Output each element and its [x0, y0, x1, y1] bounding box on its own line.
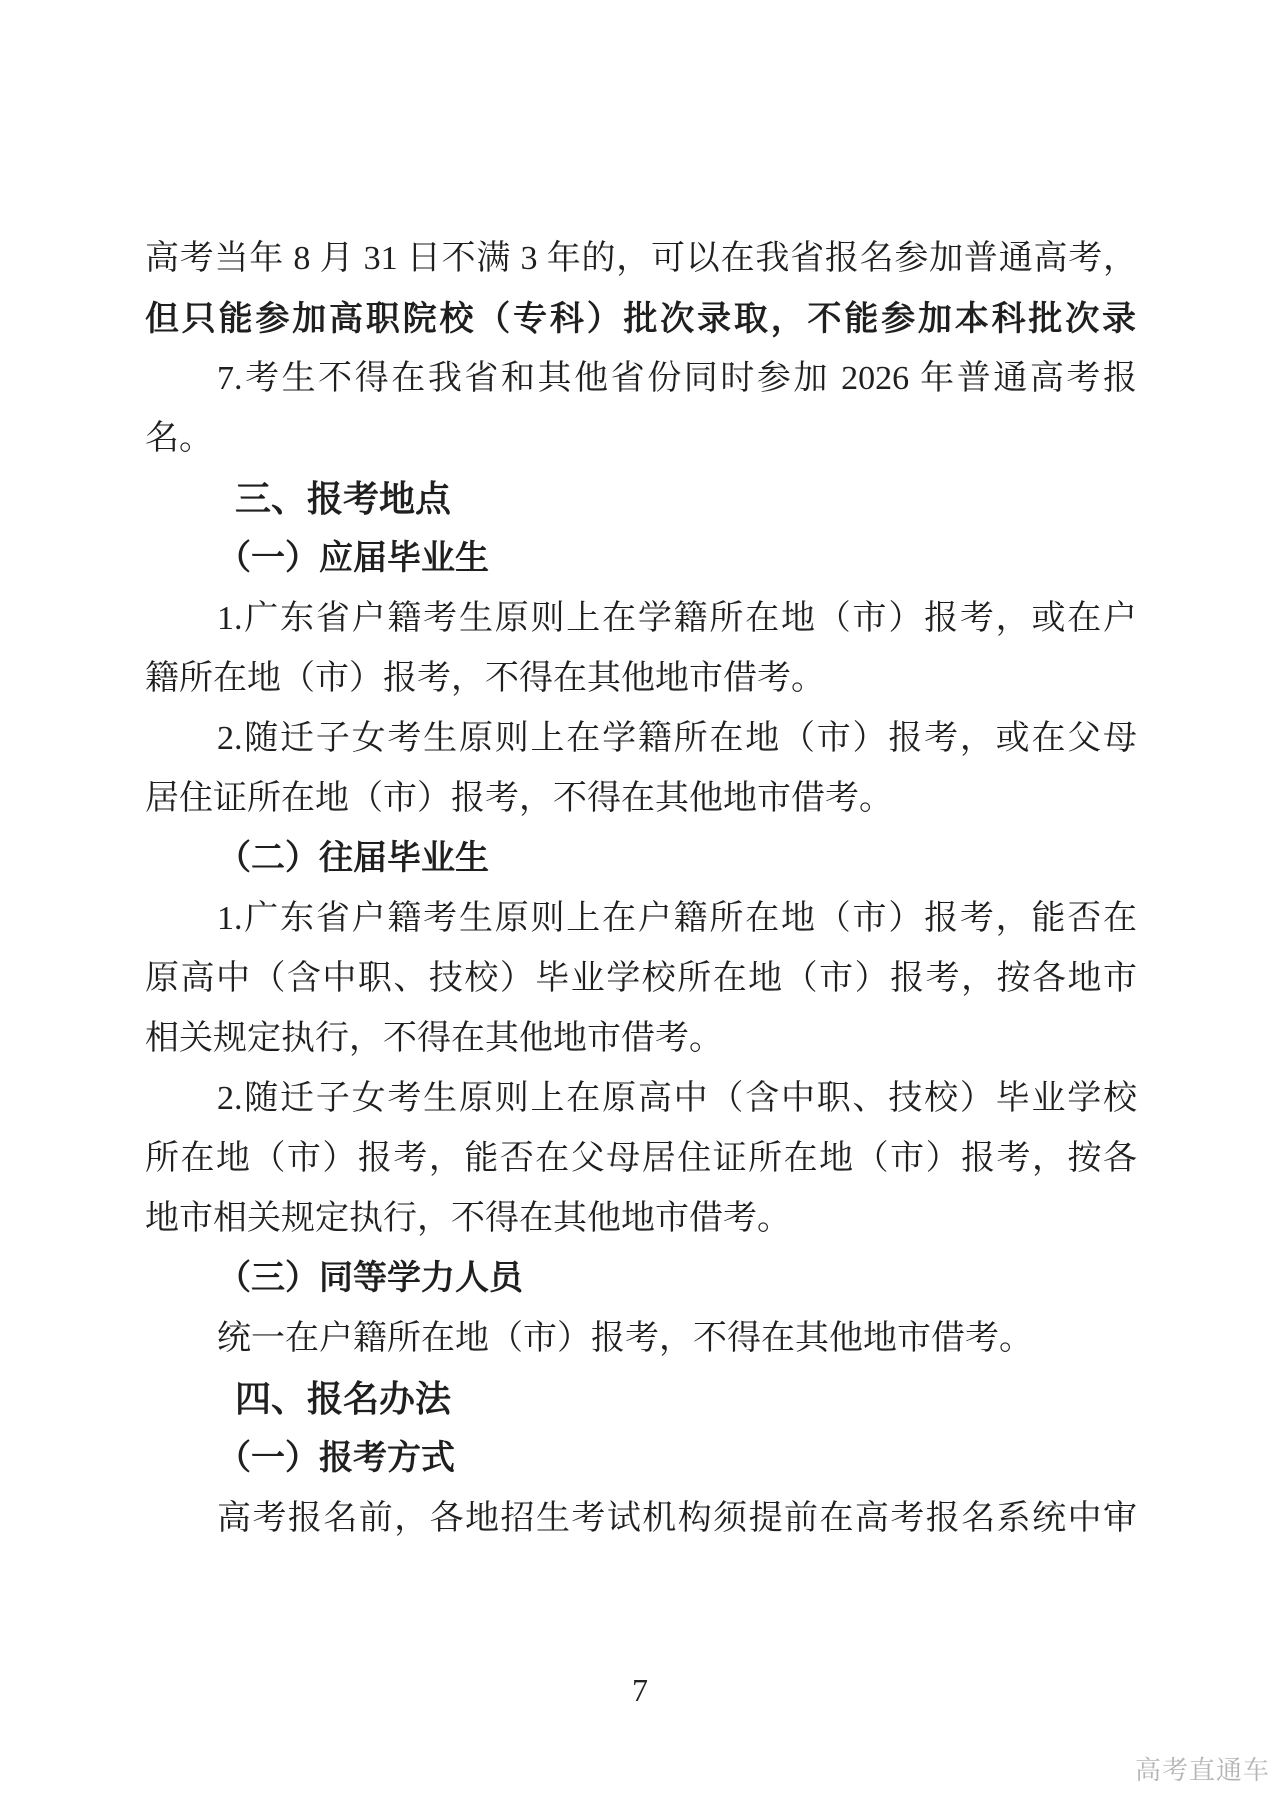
body-text-line: 居住证所在地（市）报考，不得在其他地市借考。 — [145, 769, 1137, 829]
subsection-heading: （一）报考方式 — [145, 1429, 1137, 1489]
watermark: 高考直通车 — [1135, 1750, 1270, 1787]
body-text-line: 1.广东省户籍考生原则上在学籍所在地（市）报考，或在户 — [145, 589, 1137, 649]
body-text-line: 高考当年 8 月 31 日不满 3 年的，可以在我省报名参加普通高考， — [145, 229, 1137, 289]
section-heading-3: 三、报考地点 — [145, 469, 1137, 529]
document-page: 高考当年 8 月 31 日不满 3 年的，可以在我省报名参加普通高考， 但只能参… — [0, 0, 1280, 1811]
bold-emphasis-line: 但只能参加高职院校（专科）批次录取，不能参加本科批次录取。 — [145, 289, 1137, 349]
body-text-line: 地市相关规定执行，不得在其他地市借考。 — [145, 1189, 1137, 1249]
body-text-line: 2.随迁子女考生原则上在学籍所在地（市）报考，或在父母 — [145, 709, 1137, 769]
body-text-line: 籍所在地（市）报考，不得在其他地市借考。 — [145, 649, 1137, 709]
subsection-heading: （一）应届毕业生 — [145, 529, 1137, 589]
section-heading-4: 四、报名办法 — [145, 1369, 1137, 1429]
body-text-line: 相关规定执行，不得在其他地市借考。 — [145, 1009, 1137, 1069]
body-text-line: 统一在户籍所在地（市）报考，不得在其他地市借考。 — [145, 1309, 1137, 1369]
body-text-line: 1.广东省户籍考生原则上在户籍所在地（市）报考，能否在 — [145, 889, 1137, 949]
subsection-heading: （三）同等学力人员 — [145, 1249, 1137, 1309]
page-number: 7 — [0, 1672, 1280, 1709]
body-text-line: 7.考生不得在我省和其他省份同时参加 2026 年普通高考报 — [145, 349, 1137, 409]
body-text-line: 高考报名前，各地招生考试机构须提前在高考报名系统中审 — [145, 1489, 1137, 1549]
body-text-line: 所在地（市）报考，能否在父母居住证所在地（市）报考，按各 — [145, 1129, 1137, 1189]
subsection-heading: （二）往届毕业生 — [145, 829, 1137, 889]
body-text-line: 原高中（含中职、技校）毕业学校所在地（市）报考，按各地市 — [145, 949, 1137, 1009]
body-text-line: 名。 — [145, 409, 1137, 469]
document-body: 高考当年 8 月 31 日不满 3 年的，可以在我省报名参加普通高考， 但只能参… — [145, 229, 1137, 1549]
body-text-line: 2.随迁子女考生原则上在原高中（含中职、技校）毕业学校 — [145, 1069, 1137, 1129]
